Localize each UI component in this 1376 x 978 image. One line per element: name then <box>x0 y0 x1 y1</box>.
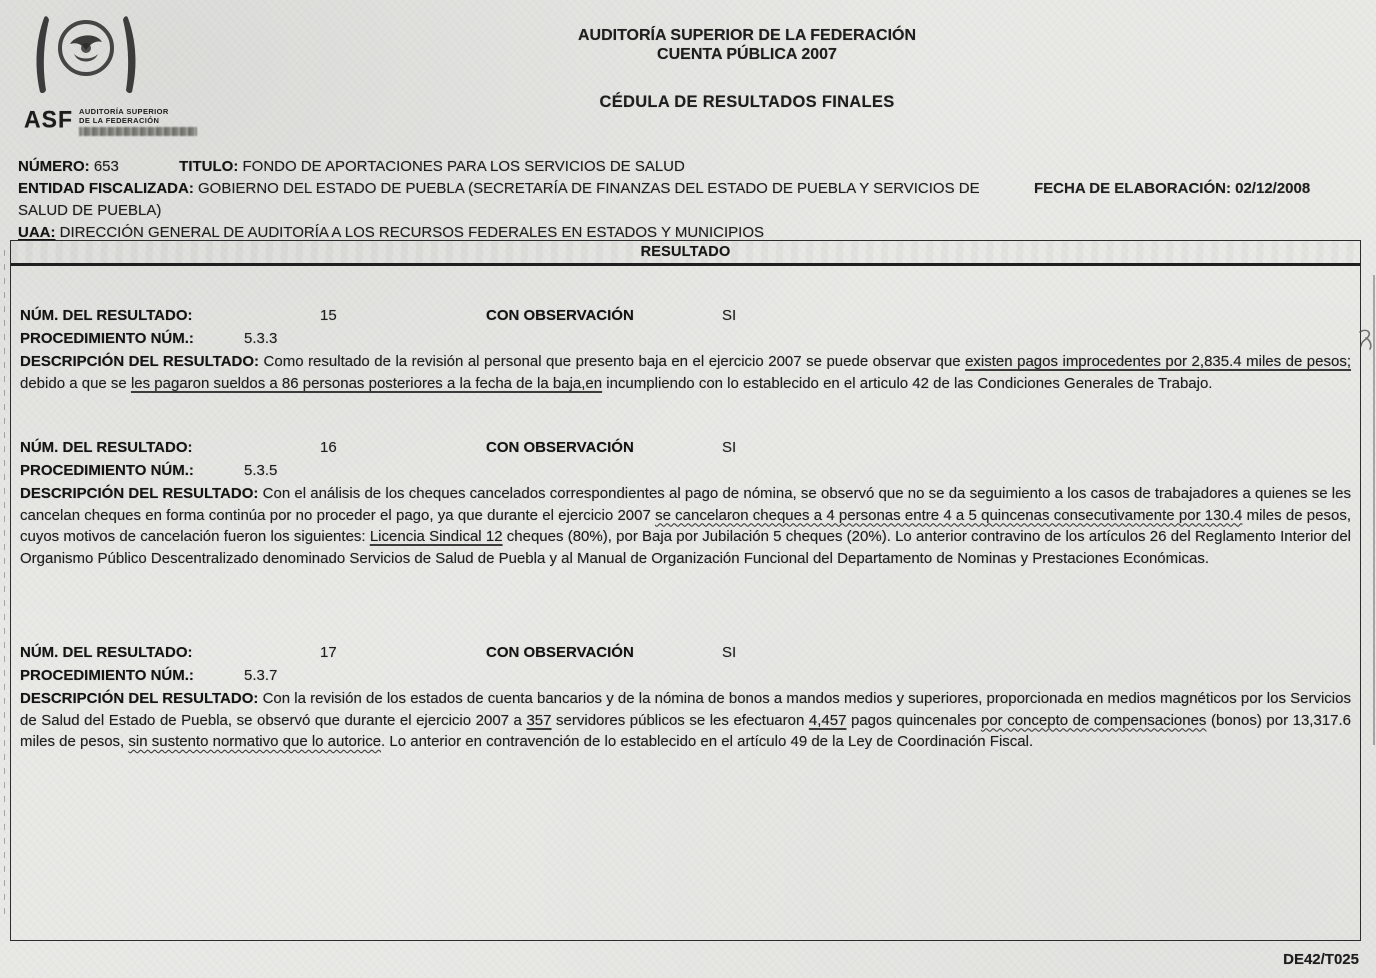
descripcion-label: DESCRIPCIÓN DEL RESULTADO: <box>20 485 258 502</box>
document-title: CÉDULA DE RESULTADOS FINALES <box>118 93 1376 112</box>
result-block: NÚM. DEL RESULTADO:17CON OBSERVACIÓNSI P… <box>20 641 1351 753</box>
descripcion-segment: se cancelaron cheques a 4 personas entre… <box>655 507 1242 524</box>
num-resultado-label: NÚM. DEL RESULTADO: <box>20 436 320 459</box>
numero-value: 653 <box>94 158 119 175</box>
descripcion-segment: existen pagos improcedentes por 2,835.4 … <box>965 353 1351 370</box>
procedimiento-value: 5.3.5 <box>244 462 277 479</box>
resultado-header: RESULTADO <box>11 241 1360 266</box>
uaa-value: DIRECCIÓN GENERAL DE AUDITORÍA A LOS REC… <box>60 224 764 241</box>
procedimiento-value: 5.3.3 <box>244 330 277 347</box>
entidad-value-line2: SALUD DE PUEBLA) <box>18 202 161 219</box>
num-resultado-label: NÚM. DEL RESULTADO: <box>20 304 320 327</box>
procedimiento-row: PROCEDIMIENTO NÚM.:5.3.7 <box>20 664 1351 687</box>
asf-acronym: ASF <box>24 105 73 133</box>
procedimiento-label: PROCEDIMIENTO NÚM.: <box>20 664 244 687</box>
procedimiento-row: PROCEDIMIENTO NÚM.:5.3.5 <box>20 459 1351 482</box>
descripcion-segment: 357 <box>526 712 551 729</box>
num-resultado-value: 16 <box>320 436 486 459</box>
descripcion-paragraph: DESCRIPCIÓN DEL RESULTADO: Como resultad… <box>20 351 1351 394</box>
num-resultado-value: 17 <box>320 641 486 664</box>
descripcion-segment: incumpliendo con lo establecido en el ar… <box>602 375 1212 392</box>
uaa-label: UAA: <box>18 224 56 241</box>
descripcion-segment: servidores públicos se les efectuaron <box>551 712 808 729</box>
descripcion-paragraph: DESCRIPCIÓN DEL RESULTADO: Con la revisi… <box>20 688 1351 753</box>
result-block: NÚM. DEL RESULTADO:15CON OBSERVACIÓNSI P… <box>20 304 1351 394</box>
con-observacion-value: SI <box>722 644 736 661</box>
scan-edge-line <box>4 250 5 918</box>
descripcion-paragraph: DESCRIPCIÓN DEL RESULTADO: Con el anális… <box>20 483 1351 569</box>
meta-line-numero-titulo: NÚMERO: 653 TITULO: FONDO DE APORTACIONE… <box>18 156 1362 178</box>
logo-smudged-text <box>79 127 197 136</box>
meta-line-entidad-cont: SALUD DE PUEBLA) <box>18 200 1362 222</box>
procedimiento-value: 5.3.7 <box>244 667 277 684</box>
form-code: DE42/T025 <box>1283 951 1359 968</box>
descripcion-segment: 4,457 <box>809 712 847 729</box>
handwritten-margin-mark <box>1358 328 1374 350</box>
fecha-value: 02/12/2008 <box>1235 180 1310 197</box>
results-table: RESULTADO NÚM. DEL RESULTADO:15CON OBSER… <box>10 240 1361 941</box>
fecha-label: FECHA DE ELABORACIÓN: <box>1034 180 1231 197</box>
logo-caption-line2: DE LA FEDERACIÓN <box>79 117 197 126</box>
descripcion-segment: . Lo anterior en contravención de lo est… <box>381 733 1033 750</box>
result-block: NÚM. DEL RESULTADO:16CON OBSERVACIÓNSI P… <box>20 436 1351 569</box>
scanned-document-page: ASF AUDITORÍA SUPERIOR DE LA FEDERACIÓN … <box>0 0 1376 978</box>
descripcion-label: DESCRIPCIÓN DEL RESULTADO: <box>20 690 258 707</box>
meta-line-entidad: ENTIDAD FISCALIZADA: GOBIERNO DEL ESTADO… <box>18 178 1362 200</box>
numero-label: NÚMERO: <box>18 158 90 175</box>
descripcion-label: DESCRIPCIÓN DEL RESULTADO: <box>20 353 259 370</box>
fecha-elaboracion: FECHA DE ELABORACIÓN: 02/12/2008 <box>1034 178 1310 200</box>
num-resultado-value: 15 <box>320 304 486 327</box>
result-header-row: NÚM. DEL RESULTADO:15CON OBSERVACIÓNSI <box>20 304 1351 327</box>
num-resultado-label: NÚM. DEL RESULTADO: <box>20 641 320 664</box>
org-title-line2: CUENTA PÚBLICA 2007 <box>118 45 1376 64</box>
descripcion-segment: debido a que se <box>20 375 131 392</box>
con-observacion-label: CON OBSERVACIÓN <box>486 436 722 459</box>
con-observacion-value: SI <box>722 439 736 456</box>
result-header-row: NÚM. DEL RESULTADO:16CON OBSERVACIÓNSI <box>20 436 1351 459</box>
titulo-value: FONDO DE APORTACIONES PARA LOS SERVICIOS… <box>243 158 685 175</box>
descripcion-segment: por concepto de compensaciones <box>981 712 1206 729</box>
descripcion-segment: Como resultado de la revisión al persona… <box>264 353 966 370</box>
procedimiento-label: PROCEDIMIENTO NÚM.: <box>20 327 244 350</box>
titulo-label: TITULO: <box>179 158 238 175</box>
con-observacion-label: CON OBSERVACIÓN <box>486 641 722 664</box>
descripcion-segment: pagos quincenales <box>846 712 981 729</box>
descripcion-segment: les pagaron sueldos a 86 personas poster… <box>131 375 602 392</box>
descripcion-segment: Licencia Sindical 12 <box>370 528 503 545</box>
procedimiento-label: PROCEDIMIENTO NÚM.: <box>20 459 244 482</box>
results-container: NÚM. DEL RESULTADO:15CON OBSERVACIÓNSI P… <box>11 266 1360 753</box>
entidad-value-line1: GOBIERNO DEL ESTADO DE PUEBLA (SECRETARÍ… <box>198 180 980 197</box>
con-observacion-label: CON OBSERVACIÓN <box>486 304 722 327</box>
procedimiento-row: PROCEDIMIENTO NÚM.:5.3.3 <box>20 327 1351 350</box>
org-title-line1: AUDITORÍA SUPERIOR DE LA FEDERACIÓN <box>118 26 1376 45</box>
entidad-label: ENTIDAD FISCALIZADA: <box>18 180 194 197</box>
descripcion-segment: sin sustento normativo que lo autorice <box>128 733 381 750</box>
con-observacion-value: SI <box>722 307 736 324</box>
result-header-row: NÚM. DEL RESULTADO:17CON OBSERVACIÓNSI <box>20 641 1351 664</box>
